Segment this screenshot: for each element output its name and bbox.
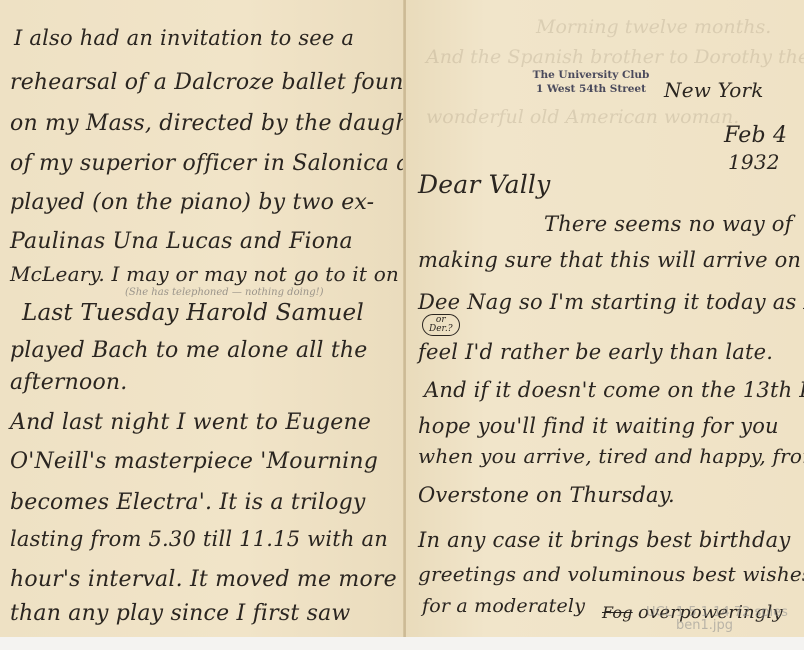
- letterhead: The University Club 1 West 54th Street: [516, 68, 666, 96]
- left-line-10: afternoon.: [10, 370, 127, 395]
- date-month-day: Feb 4: [724, 123, 787, 148]
- left-line-16: than any play since I first saw: [10, 601, 350, 626]
- right-line-1: There seems no way of: [544, 212, 793, 236]
- right-page: Morning twelve months. And the Spanish b…: [406, 0, 804, 637]
- archive-watermark: UCL 1 5 1 14 72 spies ben1.jpg: [646, 606, 788, 632]
- left-line-2: rehearsal of a Dalcroze ballet founded: [10, 70, 404, 95]
- circled-note: or Der.?: [422, 314, 460, 336]
- left-page: I also had an invitation to see a rehear…: [0, 0, 404, 637]
- struck-word: Fog: [602, 603, 633, 622]
- salutation: Dear Vally: [418, 170, 550, 199]
- left-line-1: I also had an invitation to see a: [14, 26, 354, 50]
- date-year: 1932: [728, 150, 780, 174]
- right-line-4: feel I'd rather be early than late.: [418, 340, 773, 364]
- scan-bottom-margin: [0, 637, 804, 650]
- left-line-5: played (on the piano) by two ex-: [10, 190, 374, 215]
- letterhead-address: 1 West 54th Street: [516, 82, 666, 96]
- left-line-6: Paulinas Una Lucas and Fiona: [10, 229, 353, 254]
- right-line-2: making sure that this will arrive on: [418, 248, 801, 272]
- letter-sheet: I also had an invitation to see a rehear…: [0, 0, 804, 637]
- right-line-5: And if it doesn't come on the 13th I: [424, 378, 804, 402]
- right-line-10: greetings and voluminous best wishes: [418, 562, 804, 586]
- circled-note-der: Der.?: [429, 325, 453, 334]
- right-line-6: hope you'll find it waiting for you: [418, 414, 779, 438]
- left-line-9: played Bach to me alone all the: [10, 338, 367, 363]
- right-line-3: Dee Nag so I'm starting it today as I: [418, 290, 804, 314]
- bleed-through-line-2: And the Spanish brother to Dorothy the: [426, 46, 804, 68]
- bleed-through-line-1: Morning twelve months.: [536, 16, 771, 38]
- letterhead-club-name: The University Club: [516, 68, 666, 82]
- right-line-7: when you arrive, tired and happy, from: [418, 444, 804, 468]
- left-line-15: hour's interval. It moved me more: [10, 567, 397, 592]
- watermark-line-2: ben1.jpg: [646, 619, 788, 632]
- right-line-9: In any case it brings best birthday: [418, 528, 790, 552]
- left-line-4: of my superior officer in Salonica and: [10, 151, 404, 176]
- left-line-13: becomes Electra'. It is a trilogy: [10, 490, 366, 515]
- left-line-11: And last night I went to Eugene: [10, 410, 371, 435]
- right-line-11: for a moderately: [422, 595, 585, 617]
- left-line-3: on my Mass, directed by the daughter: [10, 111, 404, 136]
- place-name: New York: [664, 78, 764, 102]
- left-line-8: Last Tuesday Harold Samuel: [22, 300, 364, 326]
- bleed-through-line-3: wonderful old American woman.: [426, 106, 739, 128]
- left-line-7: McLeary. I may or may not go to it on Sa…: [10, 262, 404, 286]
- left-line-14: lasting from 5.30 till 11.15 with an: [10, 527, 388, 551]
- pencil-annotation: (She has telephoned — nothing doing!): [125, 287, 324, 298]
- right-line-8: Overstone on Thursday.: [418, 483, 675, 507]
- left-line-12: O'Neill's masterpiece 'Mourning: [10, 449, 378, 474]
